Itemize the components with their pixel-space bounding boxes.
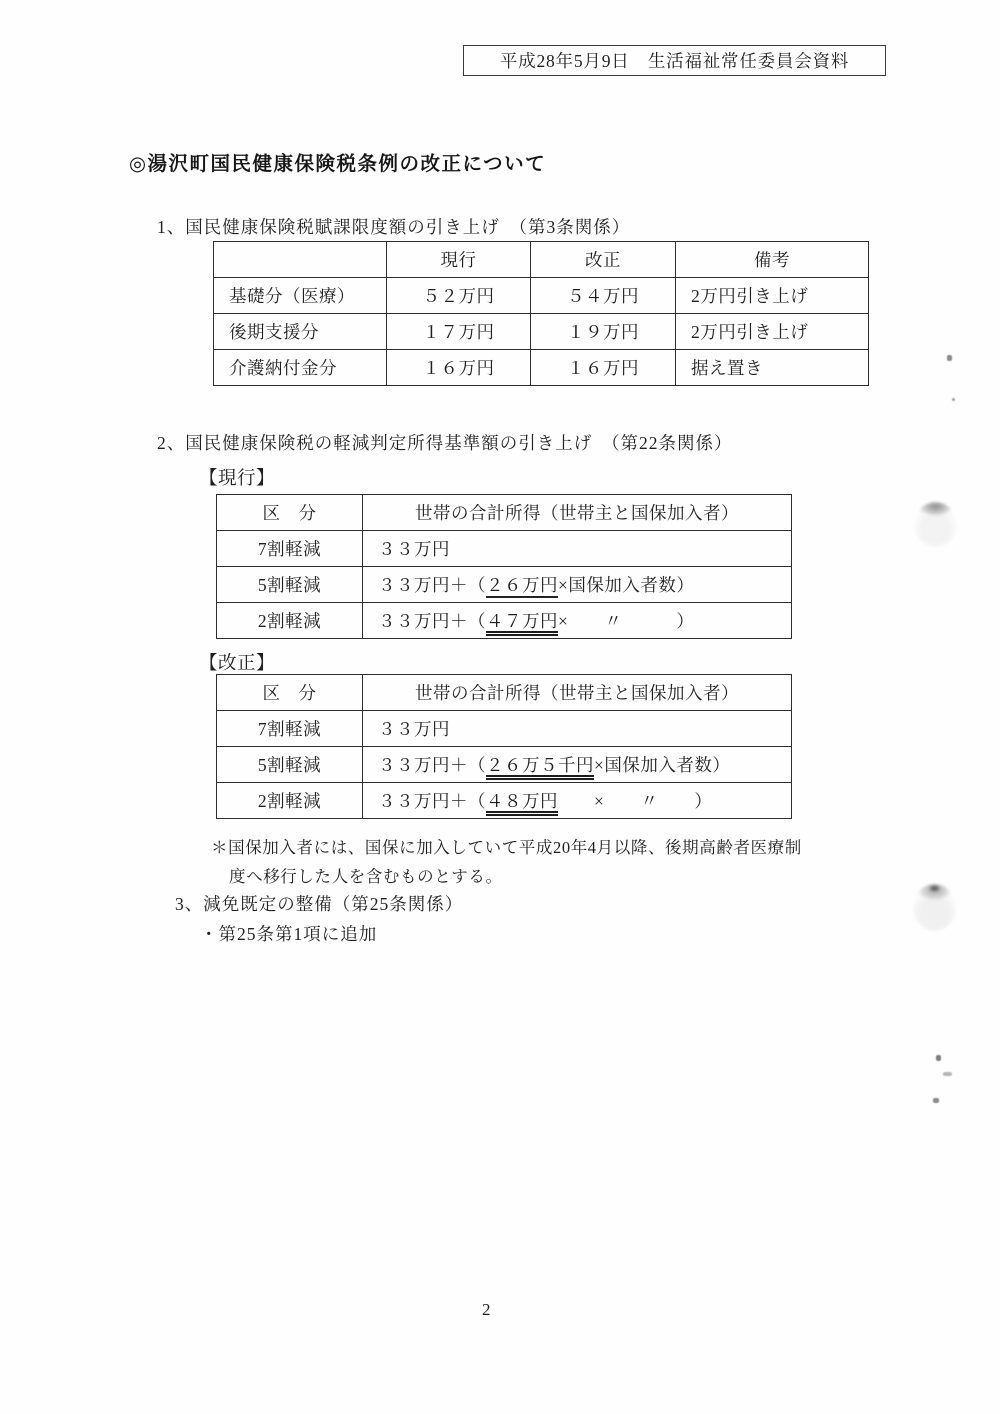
table-row: 基礎分（医療） ５２万円 ５４万円 2万円引き上げ bbox=[214, 278, 869, 314]
scan-speck bbox=[936, 1055, 941, 1061]
income-text: × 〃 ） bbox=[558, 611, 694, 631]
row-label: 介護納付金分 bbox=[214, 350, 387, 386]
col-header-income: 世帯の合計所得（世帯主と国保加入者） bbox=[363, 495, 792, 531]
income-cell: ３３万円＋（４７万円× 〃 ） bbox=[363, 603, 792, 639]
table-row: 7割軽減 ３３万円 bbox=[217, 711, 792, 747]
table-row: 後期支援分 １７万円 １９万円 2万円引き上げ bbox=[214, 314, 869, 350]
reduction-revised-table: 区 分 世帯の合計所得（世帯主と国保加入者） 7割軽減 ３３万円 5割軽減 ３３… bbox=[216, 674, 792, 819]
category-cell: 2割軽減 bbox=[217, 783, 363, 819]
income-text: ３３万円＋（ bbox=[378, 755, 486, 775]
income-cell: ３３万円 bbox=[363, 531, 792, 567]
income-underlined-amount: ２６万円 bbox=[486, 575, 558, 598]
remarks-value: 2万円引き上げ bbox=[676, 278, 869, 314]
income-text: ３３万円 bbox=[378, 539, 450, 559]
punch-hole-shadow bbox=[914, 502, 957, 547]
income-text: × 〃 ） bbox=[558, 791, 712, 811]
scan-speck bbox=[952, 398, 955, 401]
table-row: 2割軽減 ３３万円＋（４８万円 × 〃 ） bbox=[217, 783, 792, 819]
revised-block-label: 【改正】 bbox=[199, 649, 275, 675]
current-value: ５２万円 bbox=[387, 278, 531, 314]
revised-value: １９万円 bbox=[531, 314, 676, 350]
income-cell: ３３万円 bbox=[363, 711, 792, 747]
table-row: 7割軽減 ３３万円 bbox=[217, 531, 792, 567]
scan-speck bbox=[947, 355, 952, 361]
col-header-income: 世帯の合計所得（世帯主と国保加入者） bbox=[363, 675, 792, 711]
current-value: １６万円 bbox=[387, 350, 531, 386]
footnote-line-2: 度へ移行した人を含むものとする。 bbox=[229, 863, 503, 887]
income-cell: ３３万円＋（２６万５千円×国保加入者数） bbox=[363, 747, 792, 783]
col-header-category: 区 分 bbox=[217, 675, 363, 711]
remarks-value: 据え置き bbox=[676, 350, 869, 386]
current-value: １７万円 bbox=[387, 314, 531, 350]
category-cell: 2割軽減 bbox=[217, 603, 363, 639]
table-row: 介護納付金分 １６万円 １６万円 据え置き bbox=[214, 350, 869, 386]
section3-heading: 3、減免既定の整備（第25条関係） bbox=[175, 891, 463, 916]
table-header-row: 区 分 世帯の合計所得（世帯主と国保加入者） bbox=[217, 675, 792, 711]
category-cell: 7割軽減 bbox=[217, 531, 363, 567]
category-cell: 7割軽減 bbox=[217, 711, 363, 747]
table-header-row: 区 分 世帯の合計所得（世帯主と国保加入者） bbox=[217, 495, 792, 531]
empty-header-cell bbox=[214, 242, 387, 278]
row-label: 後期支援分 bbox=[214, 314, 387, 350]
table-row: 2割軽減 ３３万円＋（４７万円× 〃 ） bbox=[217, 603, 792, 639]
income-cell: ３３万円＋（４８万円 × 〃 ） bbox=[363, 783, 792, 819]
punch-hole-shadow bbox=[913, 884, 956, 931]
scan-speck bbox=[933, 1098, 939, 1103]
category-cell: 5割軽減 bbox=[217, 567, 363, 603]
table-row: 5割軽減 ３３万円＋（２６万円×国保加入者数） bbox=[217, 567, 792, 603]
section2-heading: 2、国民健康保険税の軽減判定所得基準額の引き上げ （第22条関係） bbox=[157, 430, 733, 455]
remarks-value: 2万円引き上げ bbox=[676, 314, 869, 350]
income-text: ３３万円＋（ bbox=[378, 575, 486, 595]
table-header-row: 現行 改正 備考 bbox=[214, 242, 869, 278]
income-text: ３３万円 bbox=[378, 719, 450, 739]
current-block-label: 【現行】 bbox=[199, 464, 275, 490]
page-number: 2 bbox=[482, 1300, 491, 1320]
footnote-line-1: ＊国保加入者には、国保に加入していて平成20年4月以降、後期高齢者医療制 bbox=[211, 834, 802, 858]
col-header-remarks: 備考 bbox=[676, 242, 869, 278]
income-cell: ３３万円＋（２６万円×国保加入者数） bbox=[363, 567, 792, 603]
income-text: ３３万円＋（ bbox=[378, 611, 486, 631]
row-label: 基礎分（医療） bbox=[214, 278, 387, 314]
header-stamp-box: 平成28年5月9日 生活福祉常任委員会資料 bbox=[463, 45, 886, 76]
income-text: ×国保加入者数） bbox=[558, 575, 694, 595]
income-underlined-amount: ４８万円 bbox=[486, 791, 558, 816]
income-text: ×国保加入者数） bbox=[594, 755, 730, 775]
income-text: ３３万円＋（ bbox=[378, 791, 486, 811]
income-underlined-amount: ２６万５千円 bbox=[486, 755, 594, 780]
income-underlined-amount: ４７万円 bbox=[486, 611, 558, 636]
col-header-category: 区 分 bbox=[217, 495, 363, 531]
section3-bullet: ・第25条第1項に追加 bbox=[200, 921, 377, 946]
revised-value: ５４万円 bbox=[531, 278, 676, 314]
scan-speck bbox=[943, 1072, 952, 1076]
header-stamp-text: 平成28年5月9日 生活福祉常任委員会資料 bbox=[500, 48, 849, 73]
col-header-revised: 改正 bbox=[531, 242, 676, 278]
scanned-document-page: 平成28年5月9日 生活福祉常任委員会資料 ◎湯沢町国民健康保険税条例の改正につ… bbox=[0, 0, 1000, 1414]
col-header-current: 現行 bbox=[387, 242, 531, 278]
section1-heading: 1、国民健康保険税賦課限度額の引き上げ （第3条関係） bbox=[157, 214, 630, 239]
reduction-current-table: 区 分 世帯の合計所得（世帯主と国保加入者） 7割軽減 ３３万円 5割軽減 ３３… bbox=[216, 494, 792, 639]
revised-value: １６万円 bbox=[531, 350, 676, 386]
table-row: 5割軽減 ３３万円＋（２６万５千円×国保加入者数） bbox=[217, 747, 792, 783]
category-cell: 5割軽減 bbox=[217, 747, 363, 783]
tax-limit-table: 現行 改正 備考 基礎分（医療） ５２万円 ５４万円 2万円引き上げ 後期支援分… bbox=[213, 241, 869, 386]
document-title: ◎湯沢町国民健康保険税条例の改正について bbox=[129, 148, 546, 176]
